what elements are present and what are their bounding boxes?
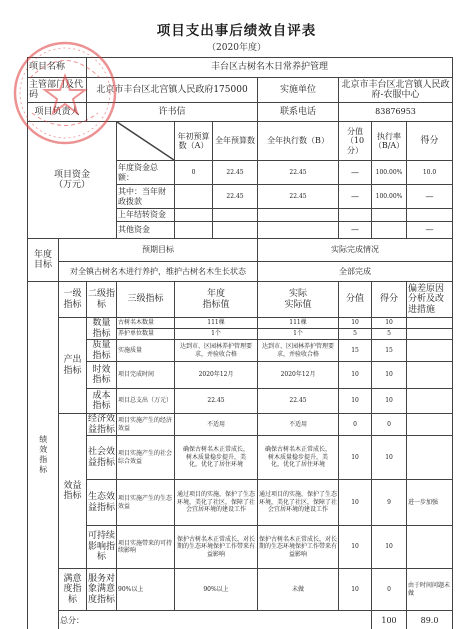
- expected-goal-header: 预期目标: [59, 239, 258, 262]
- header-actual-line2: 实际值: [259, 300, 337, 311]
- level2-label: 时效指标: [87, 362, 117, 389]
- funds-rate: [372, 222, 407, 239]
- actual-value: 通过项目的实施，保护了生态环境，美化了社区，保障了社会宜居环境的建设工作: [258, 480, 339, 526]
- actual-value: 1个: [258, 329, 339, 340]
- funds-exec: [258, 209, 339, 222]
- diagonal-line-icon: [117, 122, 174, 160]
- evaluation-table: 项目名称 丰台区古树名木日常养护管理 主管部门及代码 北京市丰台区北宫镇人民政府…: [27, 57, 453, 629]
- goals-section-label: 年度目标: [28, 239, 59, 282]
- indicators-section-label: 绩效指标: [28, 282, 59, 629]
- funds-section-label: 项目资金（万元）: [28, 122, 117, 239]
- level2-label: 经济效益指标: [87, 414, 117, 436]
- header-annual-budget: 全年预算数: [213, 122, 258, 161]
- deviation-note: [407, 526, 453, 569]
- funds-score-value: —: [339, 222, 372, 239]
- funds-score-value: —: [339, 185, 372, 209]
- deviation-note: 进一步加强: [407, 480, 453, 526]
- target-value: 111棵: [175, 318, 258, 329]
- funds-budget: 22.45: [213, 161, 258, 185]
- table-row: 生态效益指标 项目实施产生的生态效益 通过项目的实施，保护了生态环境，美化了社区…: [28, 480, 453, 526]
- actual-status-header: 实际完成情况: [258, 239, 453, 262]
- deviation-note: [407, 414, 453, 436]
- header-target-line1: 年度: [176, 289, 256, 300]
- total-label: 总分：: [59, 611, 372, 629]
- funds-score: [407, 209, 453, 222]
- actual-value: 未做: [258, 569, 339, 611]
- funds-score: 10.0: [407, 161, 453, 185]
- deviation-note: [407, 329, 453, 340]
- funds-score: —: [407, 222, 453, 239]
- deviation-note: [407, 318, 453, 329]
- project-name-label: 项目名称: [28, 58, 87, 78]
- benefit-indicator-label: 效益指标: [59, 414, 87, 569]
- funds-budget: [213, 209, 258, 222]
- deviation-note: 由于时间问题未做: [407, 569, 453, 611]
- funds-rate: 100.00%: [372, 161, 407, 185]
- document-title: 项目支出事后绩效自评表: [0, 19, 473, 39]
- level2-label: 生态效益指标: [87, 480, 117, 526]
- header-deviation: 偏差原因分析及改进措施: [407, 282, 453, 318]
- header-score: 得分: [372, 282, 407, 318]
- points-value: 10: [339, 569, 372, 611]
- level2-label: 质量指标: [87, 340, 117, 362]
- impl-label: 实施单位: [258, 78, 339, 103]
- target-value: 22.45: [175, 389, 258, 414]
- deviation-note: [407, 362, 453, 389]
- header-actual: 实际 实际值: [258, 282, 339, 318]
- table-row: 满意度指标 服务对象满意度指标 90%以上 90%以上 未做 10 0 由于时间…: [28, 569, 453, 611]
- header-annual-exec: 全年执行数（B）: [258, 122, 339, 161]
- header-level1: 一级指标: [59, 282, 87, 318]
- score-value: 9: [372, 480, 407, 526]
- target-value: 达到市、区园林养护管理要求，并验收合格: [175, 340, 258, 362]
- points-value: 0: [339, 414, 372, 436]
- level3-label: 项目实施产生的生态效益: [117, 480, 175, 526]
- header-target: 年度 指标值: [175, 282, 258, 318]
- level3-label: 养护单位数量: [117, 329, 175, 340]
- funds-exec: 22.45: [258, 185, 339, 209]
- actual-value: 22.45: [258, 389, 339, 414]
- header-initial-budget: 年初预算数（A）: [175, 122, 213, 161]
- level2-label: 数量指标: [87, 318, 117, 340]
- phone-label: 联系电话: [258, 103, 339, 122]
- score-value: 10: [372, 362, 407, 389]
- funds-budget: [213, 222, 258, 239]
- funds-row-label: 其他资金: [117, 222, 175, 239]
- target-value: 保护古树名木正常成长，对长期的生态环境保护工作带来有益影响: [175, 526, 258, 569]
- funds-score-value: —: [339, 161, 372, 185]
- output-indicator-label: 产出指标: [59, 318, 87, 414]
- dept-label: 主管部门及代码: [28, 78, 87, 103]
- actual-value: 2020年12月: [258, 362, 339, 389]
- funds-initial: [175, 209, 213, 222]
- document-year: （2020年度）: [0, 40, 473, 53]
- diagonal-header-cell: [117, 122, 175, 161]
- target-value: 确保古树名木正常成长，树木质量稳步提升，美化，优化了居住环境: [175, 436, 258, 480]
- level2-label: 社会效益指标: [87, 436, 117, 480]
- header-points: 分值: [339, 282, 372, 318]
- table-row: 成本指标 项目总支出（万元） 22.45 22.45 10 10: [28, 389, 453, 414]
- score-value: 10: [372, 436, 407, 480]
- funds-initial: 0: [175, 161, 213, 185]
- level3-label: 项目总支出（万元）: [117, 389, 175, 414]
- level2-label: 可持续影响指标: [87, 526, 117, 569]
- deviation-note: [407, 389, 453, 414]
- leader-value: 许书信: [87, 103, 258, 122]
- score-value: 10: [372, 526, 407, 569]
- score-value: 0: [372, 569, 407, 611]
- header-level2: 二级指标: [87, 282, 117, 318]
- funds-rate: [372, 209, 407, 222]
- target-value: 1个: [175, 329, 258, 340]
- level3-label: 古树名木数量: [117, 318, 175, 329]
- header-score: 得分: [407, 122, 453, 161]
- score-value: 10: [372, 318, 407, 329]
- points-value: 10: [339, 436, 372, 480]
- points-value: 5: [339, 329, 372, 340]
- dept-value: 北京市丰台区北宫镇人民政府175000: [87, 78, 258, 103]
- score-value: 0: [372, 414, 407, 436]
- actual-value: 保护古树名木正常成长，对长期的生态环境保护工作带来有益影响: [258, 526, 339, 569]
- funds-exec: 22.45: [258, 161, 339, 185]
- funds-row-label: 年度资金总额：: [117, 161, 175, 185]
- points-value: 10: [339, 318, 372, 329]
- level3-label: 90%以上: [117, 569, 175, 611]
- level3-label: 项目实施带来的可持续影响: [117, 526, 175, 569]
- actual-value: 确保古树名木正常成长，树木质量稳步提升，美化，优化了居住环境: [258, 436, 339, 480]
- funds-row-label: 上年结转资金: [117, 209, 175, 222]
- score-value: 5: [372, 329, 407, 340]
- impl-value: 北京市丰台区北宫镇人民政府-农服中心: [339, 78, 453, 103]
- header-target-line2: 指标值: [176, 300, 256, 311]
- funds-score: —: [407, 185, 453, 209]
- table-row: 社会效益指标 项目实施产生的社会综合效益 确保古树名木正常成长，树木质量稳步提升…: [28, 436, 453, 480]
- actual-status-text: 全部完成: [258, 262, 453, 282]
- deviation-note: [407, 340, 453, 362]
- points-value: 10: [339, 480, 372, 526]
- header-exec-rate: 执行率（B/A）: [372, 122, 407, 161]
- leader-label: 项目负责人: [28, 103, 87, 122]
- actual-value: 达到市、区园林养护管理要求，并验收合格: [258, 340, 339, 362]
- points-value: 15: [339, 340, 372, 362]
- table-row: 产出指标 数量指标 古树名木数量 111棵 111棵 10 10: [28, 318, 453, 329]
- deviation-note: [407, 436, 453, 480]
- indicators-section-text: 绩效指标: [38, 435, 48, 475]
- table-row: 质量指标 实施质量 达到市、区园林养护管理要求，并验收合格 达到市、区园林养护管…: [28, 340, 453, 362]
- level3-label: 实施质量: [117, 340, 175, 362]
- actual-value: 不适用: [258, 414, 339, 436]
- funds-budget: 22.45: [213, 185, 258, 209]
- funds-initial: [175, 222, 213, 239]
- target-value: 不适用: [175, 414, 258, 436]
- level2-label: 成本指标: [87, 389, 117, 414]
- header-score-value: 分值（10分）: [339, 122, 372, 161]
- actual-value: 111棵: [258, 318, 339, 329]
- points-value: 10: [339, 526, 372, 569]
- funds-rate: 100.00%: [372, 185, 407, 209]
- phone-value: 83876953: [339, 103, 453, 122]
- points-value: 10: [339, 389, 372, 414]
- satisfaction-indicator-label: 满意度指标: [59, 569, 87, 611]
- level3-label: 项目实施产生的经济效益: [117, 414, 175, 436]
- level3-label: 项目实施产生的社会综合效益: [117, 436, 175, 480]
- funds-initial: [175, 185, 213, 209]
- funds-exec: [258, 222, 339, 239]
- funds-row-label: 其中：当年财政拨款: [117, 185, 175, 209]
- level3-label: 项目完成时间: [117, 362, 175, 389]
- level2-label: 服务对象满意度指标: [87, 569, 117, 611]
- total-score: 89.0: [407, 611, 453, 629]
- project-name-value: 丰台区古树名木日常养护管理: [87, 58, 453, 78]
- table-row: 效益指标 经济效益指标 项目实施产生的经济效益 不适用 不适用 0 0: [28, 414, 453, 436]
- target-value: 90%以上: [175, 569, 258, 611]
- expected-goal-text: 对全镇古树名木进行养护，维护古树名木生长状态: [59, 262, 258, 282]
- target-value: 2020年12月: [175, 362, 258, 389]
- header-actual-line1: 实际: [259, 289, 337, 300]
- target-value: 通过项目的实施，保护了生态环境，美化了社区，保障了社会宜居环境的建设工作: [175, 480, 258, 526]
- table-row: 可持续影响指标 项目实施带来的可持续影响 保护古树名木正常成长，对长期的生态环境…: [28, 526, 453, 569]
- score-value: 15: [372, 340, 407, 362]
- score-value: 10: [372, 389, 407, 414]
- table-row: 时效指标 项目完成时间 2020年12月 2020年12月 10 10: [28, 362, 453, 389]
- header-level3: 三级指标: [117, 282, 175, 318]
- funds-score-value: [339, 209, 372, 222]
- total-points: 100: [372, 611, 407, 629]
- points-value: 10: [339, 362, 372, 389]
